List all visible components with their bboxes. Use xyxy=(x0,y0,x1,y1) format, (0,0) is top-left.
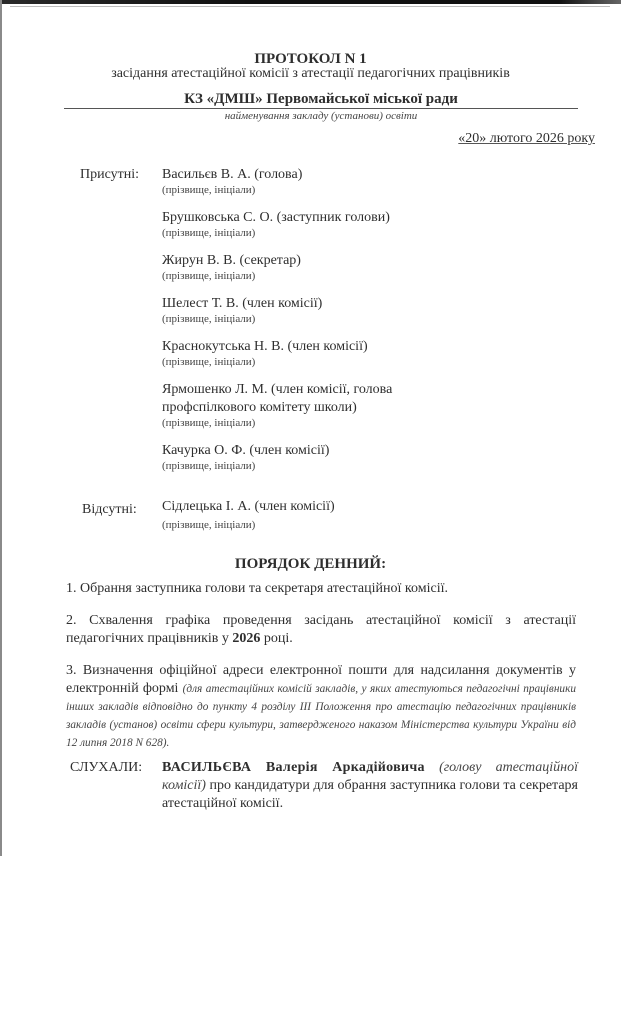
agenda-item-year: 2026 xyxy=(232,631,260,646)
agenda-item-text-end: році. xyxy=(260,631,292,646)
agenda-title: ПОРЯДОК ДЕННИЙ: xyxy=(0,556,621,573)
heard-section: СЛУХАЛИ: ВАСИЛЬЄВА Валерія Аркадійовича … xyxy=(70,759,578,813)
absentee-caption: (прізвище, ініціали) xyxy=(162,519,602,532)
scan-edge-top xyxy=(0,0,621,4)
attendee-row: Шелест Т. В. (член комісії) (прізвище, і… xyxy=(80,295,600,326)
attendee-name: Ярмошенко Л. М. (член комісії, голова пр… xyxy=(162,381,422,417)
attendee-name: Васильєв В. А. (голова) xyxy=(162,166,600,184)
attendee-caption: (прізвище, ініціали) xyxy=(162,227,600,240)
scan-edge-left xyxy=(0,0,2,856)
absent-list: Відсутні: Сідлецька І. А. (член комісії)… xyxy=(82,498,602,532)
attendee-caption: (прізвище, ініціали) xyxy=(162,270,600,283)
institution-name: КЗ «ДМШ» Первомайської міської ради xyxy=(64,90,578,109)
attendee-name: Жирун В. В. (секретар) xyxy=(162,252,600,270)
agenda-item-text: 1. Обрання заступника голови та секретар… xyxy=(66,581,448,596)
attendee-row: Ярмошенко Л. М. (член комісії, голова пр… xyxy=(80,381,600,430)
heard-speaker-name: ВАСИЛЬЄВА Валерія Аркадійовича xyxy=(162,760,425,775)
agenda-list: 1. Обрання заступника голови та секретар… xyxy=(66,580,576,766)
attendee-name: Краснокутська Н. В. (член комісії) xyxy=(162,338,600,356)
attendee-name: Брушковська С. О. (заступник голови) xyxy=(162,209,600,227)
attendee-caption: (прізвище, ініціали) xyxy=(162,184,600,197)
attendee-row: Брушковська С. О. (заступник голови) (пр… xyxy=(80,209,600,240)
heard-content: про кандидатури для обрання заступника г… xyxy=(162,778,578,811)
heard-label: СЛУХАЛИ: xyxy=(70,759,162,813)
agenda-item-text: 2. Схвалення графіка проведення засідань… xyxy=(66,613,576,646)
attendee-row: Присутні: Васильєв В. А. (голова) (прізв… xyxy=(80,166,600,197)
attendee-caption: (прізвище, ініціали) xyxy=(162,460,600,473)
agenda-item: 1. Обрання заступника голови та секретар… xyxy=(66,580,576,598)
present-label: Присутні: xyxy=(80,166,162,197)
document-date: «20» лютого 2026 року xyxy=(458,131,595,147)
agenda-item: 3. Визначення офіційної адреси електронн… xyxy=(66,662,576,752)
attendee-name: Качурка О. Ф. (член комісії) xyxy=(162,442,600,460)
document-subtitle: засідання атестаційної комісії з атестац… xyxy=(0,66,621,82)
attendee-caption: (прізвище, ініціали) xyxy=(162,313,600,326)
institution-caption: найменування закладу (установи) освіти xyxy=(64,110,578,122)
attendee-caption: (прізвище, ініціали) xyxy=(162,417,422,430)
absentee-name: Сідлецька І. А. (член комісії) xyxy=(162,498,602,516)
attendee-caption: (прізвище, ініціали) xyxy=(162,356,600,369)
attendee-row: Краснокутська Н. В. (член комісії) (пріз… xyxy=(80,338,600,369)
heard-text: ВАСИЛЬЄВА Валерія Аркадійовича (голову а… xyxy=(162,759,578,813)
attendee-row: Жирун В. В. (секретар) (прізвище, ініціа… xyxy=(80,252,600,283)
present-list: Присутні: Васильєв В. А. (голова) (прізв… xyxy=(80,166,600,485)
agenda-item: 2. Схвалення графіка проведення засідань… xyxy=(66,612,576,648)
absent-label: Відсутні: xyxy=(82,498,162,532)
attendee-name: Шелест Т. В. (член комісії) xyxy=(162,295,600,313)
scan-edge-line xyxy=(10,6,610,7)
attendee-row: Качурка О. Ф. (член комісії) (прізвище, … xyxy=(80,442,600,473)
